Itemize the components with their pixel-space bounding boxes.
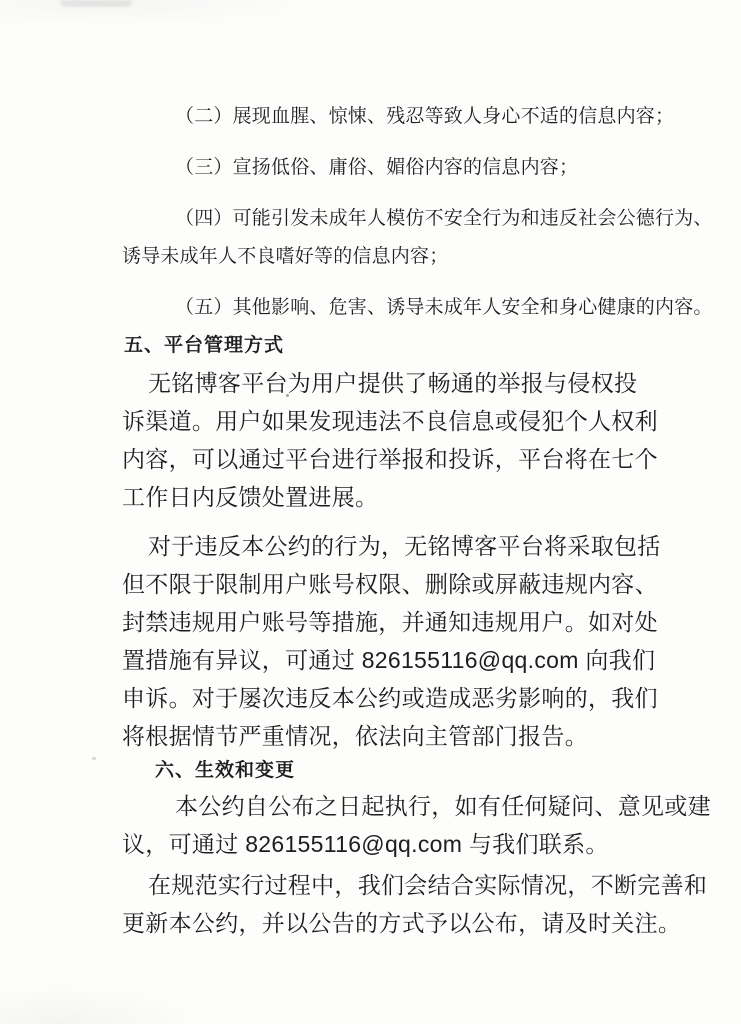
paragraph-effective-date: 本公约自公布之日起执行，如有任何疑问、意见或建 议，可通过 826155116@… (122, 787, 661, 863)
paragraph-line: 封禁违规用户账号等措施，并通知违规用户。如对处 (122, 603, 661, 641)
paragraph-line: 无铭博客平台为用户提供了畅通的举报与侵权投 (122, 364, 661, 402)
list-item-3: （三）宣扬低俗、庸俗、媚俗内容的信息内容； (122, 149, 661, 187)
paragraph-line: 内容，可以通过平台进行举报和投诉，平台将在七个 (122, 440, 661, 478)
list-item-4-line-1: （四）可能引发未成年人模仿不安全行为和违反社会公德行为、 (122, 200, 661, 238)
paragraph-line: 但不限于限制用户账号权限、删除或屏蔽违规内容、 (122, 565, 661, 603)
paragraph-line: 本公约自公布之日起执行，如有任何疑问、意见或建 (122, 787, 661, 825)
list-item-2: （二）展现血腥、惊悚、残忍等致人身心不适的信息内容； (122, 98, 661, 136)
scan-artifact-speck (92, 757, 96, 760)
paragraph-violation-measures: 对于违反本公约的行为，无铭博客平台将采取包括 但不限于限制用户账号权限、删除或屏… (122, 527, 661, 755)
paragraph-line: 在规范实行过程中，我们会结合实际情况，不断完善和 (122, 866, 661, 904)
paragraph-line: 诉渠道。用户如果发现违法不良信息或侵犯个人权利 (122, 402, 661, 440)
paragraph-line-with-email: 议，可通过 826155116@qq.com 与我们联系。 (122, 825, 661, 863)
paragraph-line: 对于违反本公约的行为，无铭博客平台将采取包括 (122, 527, 661, 565)
list-item-5: （五）其他影响、危害、诱导未成年人安全和身心健康的内容。 (122, 289, 661, 327)
paragraph-line: 申诉。对于屡次违反本公约或造成恶劣影响的，我们 (122, 679, 661, 717)
paragraph-report-channel: 无铭博客平台为用户提供了畅通的举报与侵权投 诉渠道。用户如果发现违法不良信息或侵… (122, 364, 661, 516)
paragraph-line: 工作日内反馈处置进展。 (122, 478, 661, 516)
scan-artifact-smudge (60, 0, 132, 7)
paragraph-line: 将根据情节严重情况，依法向主管部门报告。 (122, 717, 661, 755)
paragraph-line-with-email: 置措施有异议，可通过 826155116@qq.com 向我们 (122, 641, 661, 679)
list-item-4-line-2: 诱导未成年人不良嗜好等的信息内容； (122, 238, 661, 276)
paragraph-line: 更新本公约，并以公告的方式予以公布，请及时关注。 (122, 904, 661, 942)
scan-artifact-speck (286, 394, 289, 397)
scanned-document-page: （二）展现血腥、惊悚、残忍等致人身心不适的信息内容； （三）宣扬低俗、庸俗、媚俗… (0, 0, 741, 1024)
paragraph-future-updates: 在规范实行过程中，我们会结合实际情况，不断完善和 更新本公约，并以公告的方式予以… (122, 866, 661, 942)
section-heading-5: 五、平台管理方式 (124, 332, 661, 360)
section-heading-6: 六、生效和变更 (155, 757, 661, 785)
